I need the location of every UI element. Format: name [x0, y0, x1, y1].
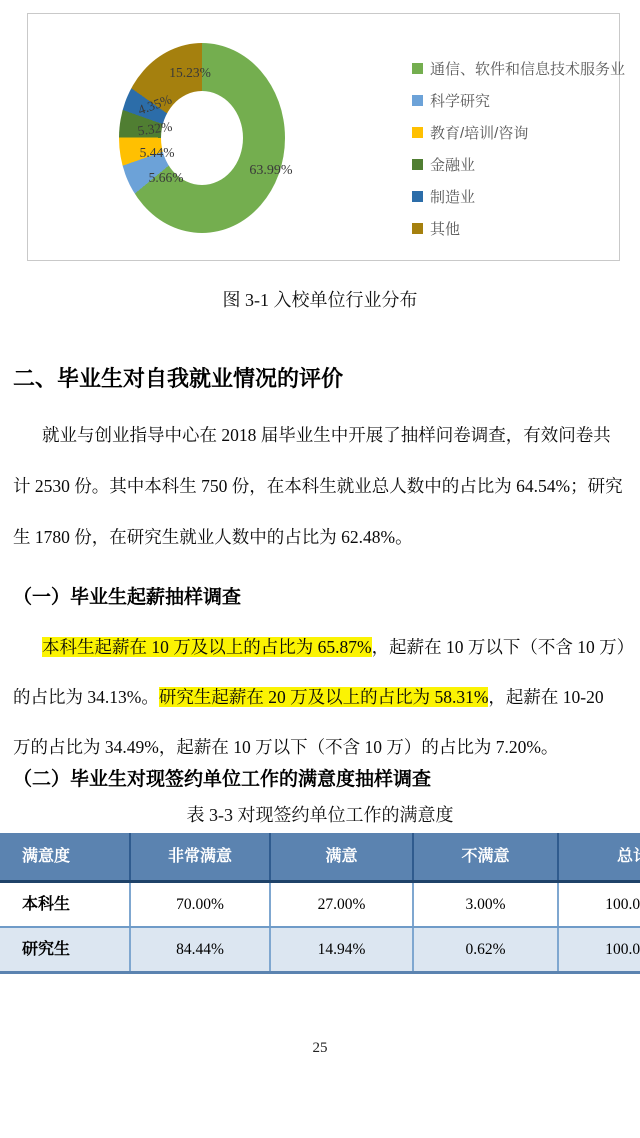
table-header-cell: 非常满意 [131, 833, 271, 880]
paragraph-line: 计 2530 份。其中本科生 750 份，在本科生就业总人数中的占比为 64.5… [13, 461, 640, 512]
body-text: 计 2530 份。其中本科生 750 份，在本科生就业总人数中的占比为 64.5… [13, 476, 623, 496]
slice-value-label: 5.66% [149, 170, 184, 186]
paragraph-survey-overview: 就业与创业指导中心在 2018 届毕业生中开展了抽样问卷调查，有效问卷共计 25… [13, 410, 640, 563]
table-row-label: 研究生 [0, 928, 131, 971]
table-cell: 100.00% [559, 928, 640, 971]
legend-label: 教育/培训/咨询 [430, 122, 528, 143]
table-row: 研究生84.44%14.94%0.62%100.00% [0, 928, 640, 974]
slice-value-label: 63.99% [249, 163, 292, 179]
table-cell: 3.00% [414, 883, 559, 926]
table-header-cell: 不满意 [414, 833, 559, 880]
table-header-row: 满意度非常满意满意不满意总计 [0, 833, 640, 883]
table-header-cell: 满意度 [0, 833, 131, 880]
body-text: 万的占比为 34.49%，起薪在 10 万以下（不含 10 万）的占比为 7.2… [13, 737, 558, 757]
legend-item: 科学研究 [412, 84, 625, 116]
table-cell: 100.00% [559, 883, 640, 926]
table-cell: 84.44% [131, 928, 271, 971]
legend-swatch-icon [412, 127, 423, 138]
figure-chart-container: 63.99%5.66%5.44%5.32%4.35%15.23% 通信、软件和信… [27, 13, 620, 261]
table-header-cell: 总计 [559, 833, 640, 880]
table-cell: 70.00% [131, 883, 271, 926]
legend-label: 制造业 [430, 186, 475, 207]
table-cell: 0.62% [414, 928, 559, 971]
slice-value-label: 5.44% [140, 145, 175, 161]
table-row-label: 本科生 [0, 883, 131, 926]
legend-item: 制造业 [412, 180, 625, 212]
body-text: ，起薪在 10-20 [488, 687, 603, 707]
subsection-heading-satisfaction: （二）毕业生对现签约单位工作的满意度抽样调查 [13, 764, 640, 791]
body-text: 就业与创业指导中心在 2018 届毕业生中开展了抽样问卷调查，有效问卷共 [42, 425, 611, 445]
table-row: 本科生70.00%27.00%3.00%100.00% [0, 883, 640, 928]
legend-swatch-icon [412, 95, 423, 106]
body-text: 生 1780 份，在研究生就业人数中的占比为 62.48%。 [13, 527, 413, 547]
table-cell: 14.94% [271, 928, 414, 971]
legend-item: 其他 [412, 212, 625, 244]
document-page: 63.99%5.66%5.44%5.32%4.35%15.23% 通信、软件和信… [0, 0, 640, 1138]
legend-label: 金融业 [430, 154, 475, 175]
paragraph-salary-findings: 本科生起薪在 10 万及以上的占比为 65.87%，起薪在 10 万以下（不含 … [13, 622, 640, 772]
legend-label: 其他 [430, 218, 460, 239]
chart-legend: 通信、软件和信息技术服务业科学研究教育/培训/咨询金融业制造业其他 [412, 52, 625, 244]
paragraph-line: 的占比为 34.13%。研究生起薪在 20 万及以上的占比为 58.31%，起薪… [13, 672, 640, 722]
legend-item: 通信、软件和信息技术服务业 [412, 52, 625, 84]
legend-swatch-icon [412, 223, 423, 234]
legend-label: 通信、软件和信息技术服务业 [430, 58, 625, 79]
body-text: 的占比为 34.13%。 [13, 687, 159, 707]
table-header-cell: 满意 [271, 833, 414, 880]
legend-item: 教育/培训/咨询 [412, 116, 625, 148]
paragraph-line: 本科生起薪在 10 万及以上的占比为 65.87%，起薪在 10 万以下（不含 … [13, 622, 640, 672]
legend-swatch-icon [412, 159, 423, 170]
paragraph-line: 生 1780 份，在研究生就业人数中的占比为 62.48%。 [13, 512, 640, 563]
table-caption: 表 3-3 对现签约单位工作的满意度 [0, 801, 640, 827]
section-heading: 二、毕业生对自我就业情况的评价 [13, 362, 640, 393]
legend-swatch-icon [412, 63, 423, 74]
legend-swatch-icon [412, 191, 423, 202]
body-text: ，起薪在 10 万以下（不含 10 万） [372, 637, 635, 657]
legend-label: 科学研究 [430, 90, 490, 111]
legend-item: 金融业 [412, 148, 625, 180]
table-cell: 27.00% [271, 883, 414, 926]
highlighted-text: 本科生起薪在 10 万及以上的占比为 65.87% [42, 637, 372, 657]
subsection-heading-salary: （一）毕业生起薪抽样调查 [13, 582, 640, 609]
figure-caption: 图 3-1 入校单位行业分布 [0, 286, 640, 312]
highlighted-text: 研究生起薪在 20 万及以上的占比为 58.31% [159, 687, 489, 707]
paragraph-line: 就业与创业指导中心在 2018 届毕业生中开展了抽样问卷调查，有效问卷共 [13, 410, 640, 461]
page-number: 25 [0, 1040, 640, 1057]
slice-value-label: 15.23% [169, 65, 211, 81]
satisfaction-table: 满意度非常满意满意不满意总计 本科生70.00%27.00%3.00%100.0… [0, 833, 640, 974]
